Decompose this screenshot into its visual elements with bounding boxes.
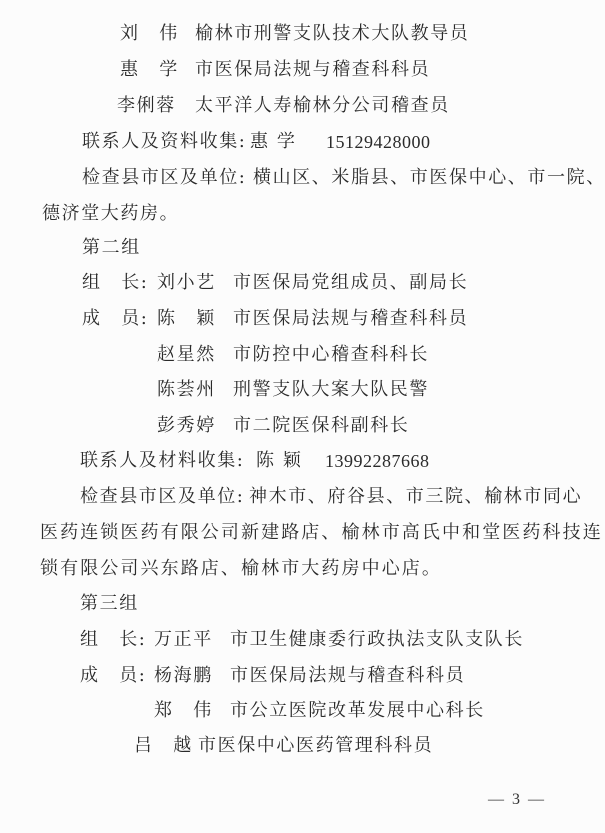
member-name: 刘 伟 bbox=[120, 23, 179, 45]
member-title: 市医保局法规与稽查科科员 bbox=[233, 308, 468, 330]
leader-label: 组 长: bbox=[82, 272, 148, 294]
leader-label: 组 长: bbox=[80, 629, 146, 651]
leader-title: 市卫生健康委行政执法支队支队长 bbox=[230, 629, 524, 651]
scope-text: 横山区、米脂县、市医保中心、市一院、 bbox=[253, 167, 605, 189]
member-name: 李俐蓉 bbox=[117, 95, 176, 117]
group-title: 第三组 bbox=[80, 593, 139, 615]
contact-phone: 13992287668 bbox=[325, 450, 430, 472]
member-name: 彭秀婷 bbox=[157, 415, 216, 437]
member-title: 刑警支队大案大队民警 bbox=[233, 379, 429, 401]
member-title: 市医保中心医药管理科科员 bbox=[198, 735, 433, 757]
member-name: 杨海鹏 bbox=[154, 665, 213, 687]
contact-label: 联系人及材料收集: bbox=[80, 450, 244, 472]
contact-name: 惠 学 bbox=[250, 131, 297, 153]
members-label: 成 员: bbox=[80, 665, 146, 687]
member-title: 榆林市刑警支队技术大队教导员 bbox=[195, 23, 469, 45]
member-name: 郑 伟 bbox=[154, 700, 213, 722]
document-page: 刘 伟 榆林市刑警支队技术大队教导员 惠 学 市医保局法规与稽查科科员 李俐蓉 … bbox=[0, 0, 605, 833]
scope-text: 锁有限公司兴东路店、榆林市大药房中心店。 bbox=[40, 558, 442, 580]
leader-title: 市医保局党组成员、副局长 bbox=[233, 272, 468, 294]
member-title: 市公立医院改革发展中心科长 bbox=[230, 700, 485, 722]
scope-text: 神木市、府谷县、市三院、榆林市同心 bbox=[249, 486, 582, 508]
member-title: 市二院医保科副科长 bbox=[233, 415, 409, 437]
page-number: — 3 — bbox=[488, 790, 546, 810]
members-label: 成 员: bbox=[82, 308, 148, 330]
member-title: 市防控中心稽查科科长 bbox=[233, 344, 429, 366]
member-name: 陈 颖 bbox=[157, 308, 216, 330]
contact-label: 联系人及资料收集: bbox=[82, 131, 246, 153]
leader-name: 刘小艺 bbox=[157, 272, 216, 294]
member-name: 陈荟州 bbox=[157, 379, 216, 401]
scope-label: 检查县市区及单位: bbox=[82, 167, 246, 189]
group-title: 第二组 bbox=[82, 237, 141, 259]
member-title: 市医保局法规与稽查科科员 bbox=[230, 665, 465, 687]
member-title: 市医保局法规与稽查科科员 bbox=[195, 59, 430, 81]
contact-name: 陈 颖 bbox=[256, 450, 303, 472]
leader-name: 万正平 bbox=[154, 629, 213, 651]
scope-label: 检查县市区及单位: bbox=[80, 486, 244, 508]
member-name: 赵星然 bbox=[157, 344, 216, 366]
member-name: 惠 学 bbox=[120, 59, 179, 81]
member-title: 太平洋人寿榆林分公司稽查员 bbox=[195, 95, 450, 117]
contact-phone: 15129428000 bbox=[326, 131, 431, 153]
scope-text: 医药连锁医药有限公司新建路店、榆林市高氏中和堂医药科技连 bbox=[40, 522, 603, 544]
scope-text: 德济堂大药房。 bbox=[42, 203, 179, 225]
member-name: 吕 越 bbox=[134, 735, 193, 757]
